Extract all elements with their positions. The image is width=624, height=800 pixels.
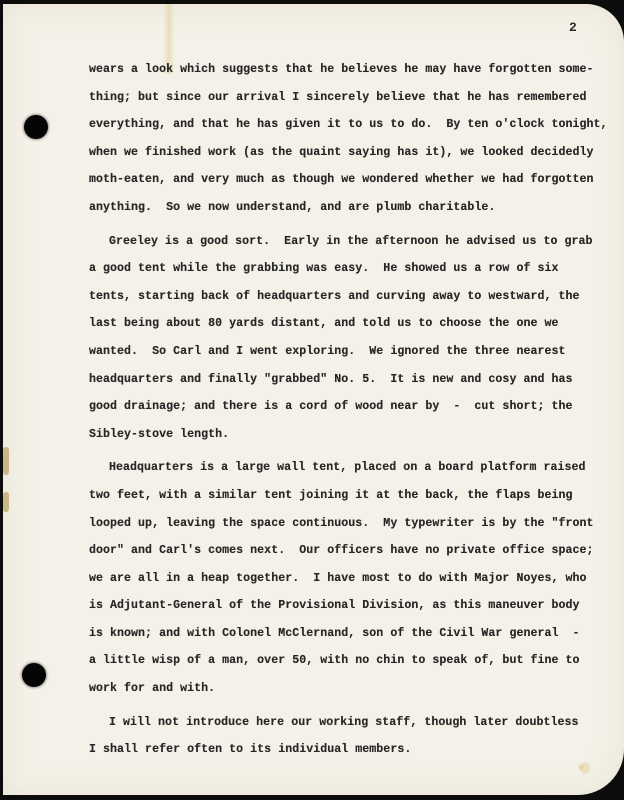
paragraph: Greeley is a good sort. Early in the aft… (89, 228, 609, 449)
text-line: a good tent while the grabbing was easy.… (89, 255, 609, 283)
text-line: headquarters and finally "grabbed" No. 5… (89, 366, 609, 394)
text-line: everything, and that he has given it to … (89, 111, 609, 139)
paragraph: I will not introduce here our working st… (89, 709, 609, 764)
text-line: is Adjutant-General of the Provisional D… (89, 592, 609, 620)
text-line: last being about 80 yards distant, and t… (89, 310, 609, 338)
text-line: we are all in a heap together. I have mo… (89, 565, 609, 593)
text-line: two feet, with a similar tent joining it… (89, 482, 609, 510)
text-line: Greeley is a good sort. Early in the aft… (89, 228, 609, 256)
text-line: is known; and with Colonel McClernand, s… (89, 620, 609, 648)
page-number: 2 (569, 20, 577, 35)
text-line: tents, starting back of headquarters and… (89, 283, 609, 311)
document-body: wears a look which suggests that he beli… (89, 56, 609, 764)
text-line: Sibley-stove length. (89, 421, 609, 449)
text-line: a little wisp of a man, over 50, with no… (89, 647, 609, 675)
punch-hole-top (24, 115, 48, 139)
text-line: looped up, leaving the space continuous.… (89, 510, 609, 538)
text-line: door" and Carl's comes next. Our officer… (89, 537, 609, 565)
paper-stain (578, 764, 584, 770)
text-line: Headquarters is a large wall tent, place… (89, 454, 609, 482)
paragraph: wears a look which suggests that he beli… (89, 56, 609, 222)
paragraph: Headquarters is a large wall tent, place… (89, 454, 609, 702)
text-line: wanted. So Carl and I went exploring. We… (89, 338, 609, 366)
edge-stain (3, 447, 9, 475)
text-line: anything. So we now understand, and are … (89, 194, 609, 222)
text-line: good drainage; and there is a cord of wo… (89, 393, 609, 421)
punch-hole-bottom (22, 663, 46, 687)
text-line: work for and with. (89, 675, 609, 703)
text-line: moth-eaten, and very much as though we w… (89, 166, 609, 194)
edge-stain (3, 492, 9, 512)
typewritten-page: 2 wears a look which suggests that he be… (3, 4, 624, 795)
text-line: when we finished work (as the quaint say… (89, 139, 609, 167)
text-line: thing; but since our arrival I sincerely… (89, 84, 609, 112)
text-line: I shall refer often to its individual me… (89, 736, 609, 764)
text-line: wears a look which suggests that he beli… (89, 56, 609, 84)
text-line: I will not introduce here our working st… (89, 709, 609, 737)
